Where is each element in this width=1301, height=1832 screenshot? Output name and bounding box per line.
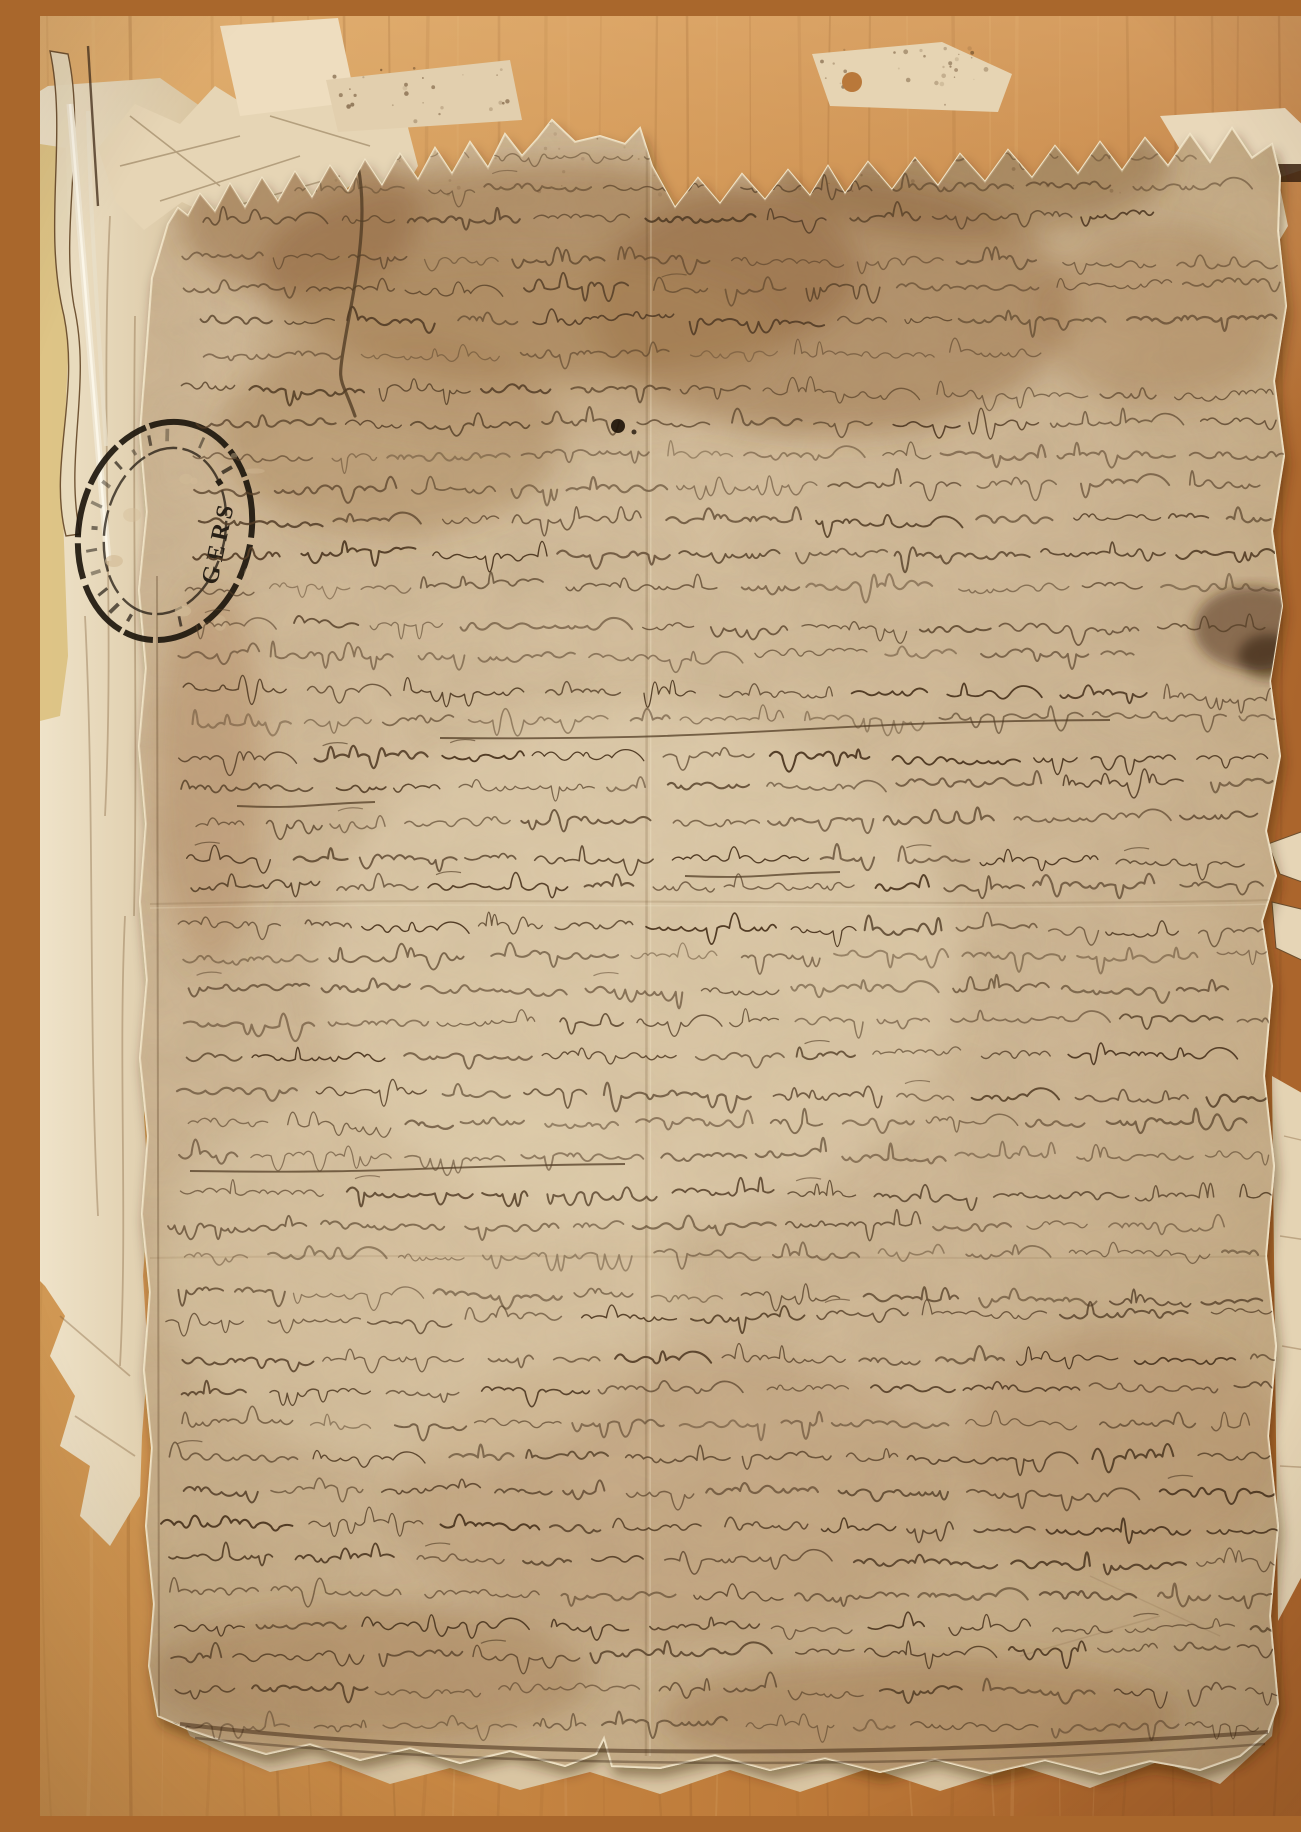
photo-vignette bbox=[40, 16, 1301, 1816]
manuscript-photo-canvas: GERS bbox=[40, 16, 1301, 1816]
manuscript-photo: GERS bbox=[40, 16, 1301, 1816]
